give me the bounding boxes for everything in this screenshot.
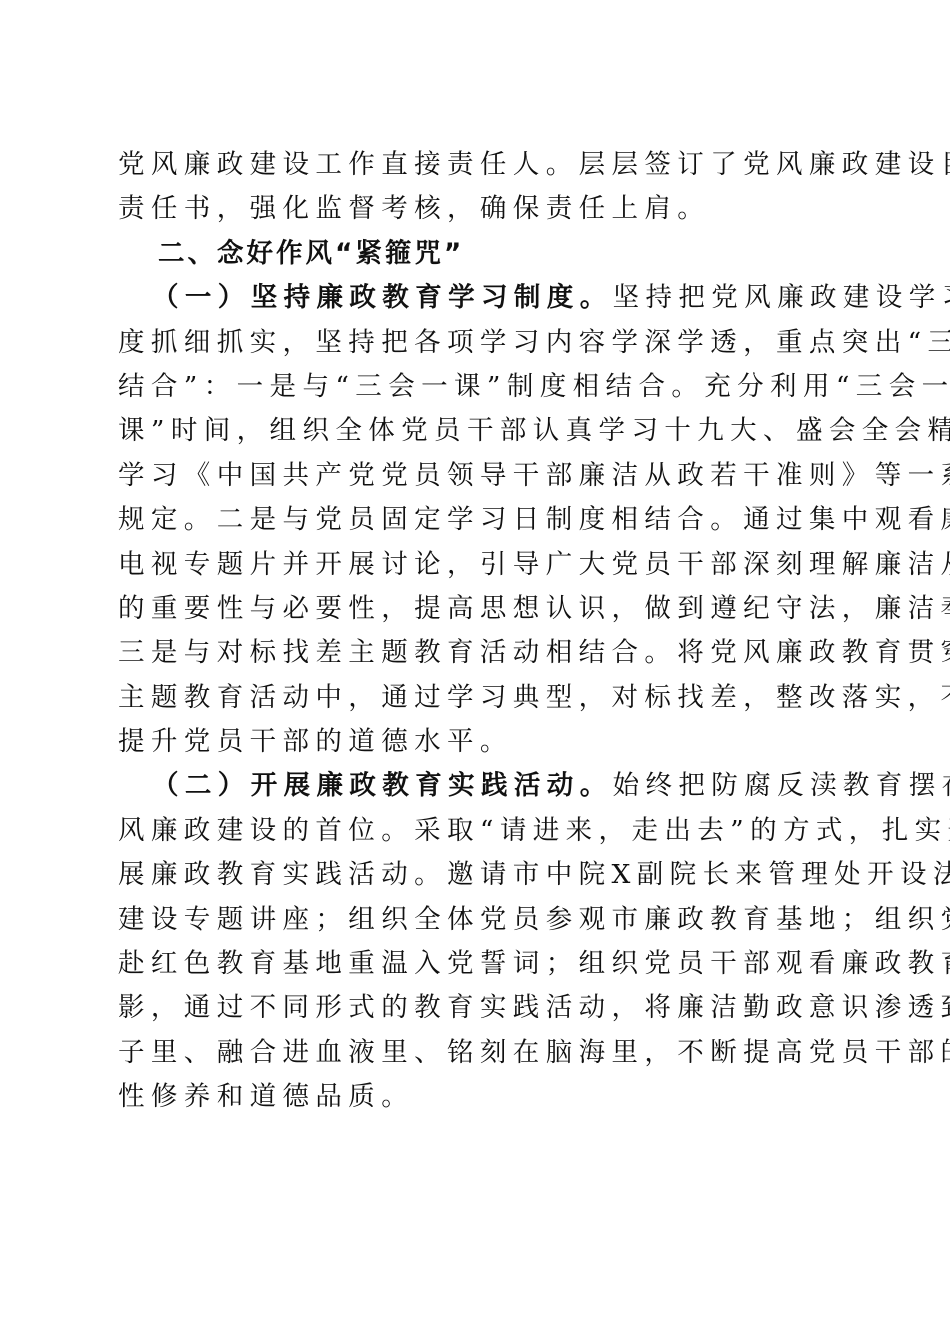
body-line: 子里、融合进血液里、铭刻在脑海里，不断提高党员干部的党 — [118, 1031, 853, 1075]
body-line: 提升党员干部的道德水平。 — [118, 720, 853, 764]
paragraph-first-line: （一）坚持廉政教育学习制度。坚持把党风廉政建设学习制 — [118, 276, 853, 320]
document-page: 党风廉政建设工作直接责任人。层层签订了党风廉政建设目标 责任书，强化监督考核，确… — [0, 0, 950, 1344]
paragraph-practice-activities: （二）开展廉政教育实践活动。始终把防腐反渎教育摆在党 风廉政建设的首位。采取“请… — [118, 764, 853, 1119]
body-line: 课”时间，组织全体党员干部认真学习十九大、盛会全会精神， — [118, 409, 853, 453]
body-line: 赴红色教育基地重温入党誓词；组织党员干部观看廉政教育电 — [118, 942, 853, 986]
paragraph-text: 坚持把党风廉政建设学习制 — [613, 282, 950, 313]
body-line: 结合”：一是与“三会一课”制度相结合。充分利用“三会一 — [118, 365, 853, 409]
body-line: 的重要性与必要性，提高思想认识，做到遵纪守法，廉洁奉公。 — [118, 587, 853, 631]
body-line: 影，通过不同形式的教育实践活动，将廉洁勤政意识渗透到骨 — [118, 986, 853, 1030]
body-line: 电视专题片并开展讨论，引导广大党员干部深刻理解廉洁从政 — [118, 543, 853, 587]
body-line: 性修养和道德品质。 — [118, 1075, 853, 1119]
body-line: 建设专题讲座；组织全体党员参观市廉政教育基地；组织党员 — [118, 898, 853, 942]
body-line: 风廉政建设的首位。采取“请进来，走出去”的方式，扎实开 — [118, 809, 853, 853]
body-line: 三是与对标找差主题教育活动相结合。将党风廉政教育贯穿于 — [118, 631, 853, 675]
paragraph-text: 始终把防腐反渎教育摆在党 — [613, 770, 950, 801]
document-body: 党风廉政建设工作直接责任人。层层签订了党风廉政建设目标 责任书，强化监督考核，确… — [118, 143, 853, 1120]
body-line: 度抓细抓实，坚持把各项学习内容学深学透，重点突出“三个 — [118, 321, 853, 365]
section-heading: 二、念好作风“紧箍咒” — [118, 232, 853, 276]
body-line: 党风廉政建设工作直接责任人。层层签订了党风廉政建设目标 — [118, 143, 853, 187]
body-line: 规定。二是与党员固定学习日制度相结合。通过集中观看廉政 — [118, 498, 853, 542]
paragraph-first-line: （二）开展廉政教育实践活动。始终把防腐反渎教育摆在党 — [118, 764, 853, 808]
paragraph-lead: （二）开展廉政教育实践活动。 — [152, 770, 613, 801]
body-line: 主题教育活动中，通过学习典型，对标找差，整改落实，不断 — [118, 676, 853, 720]
paragraph-lead: （一）坚持廉政教育学习制度。 — [152, 282, 613, 313]
paragraph-study-system: （一）坚持廉政教育学习制度。坚持把党风廉政建设学习制 度抓细抓实，坚持把各项学习… — [118, 276, 853, 764]
body-line: 展廉政教育实践活动。邀请市中院X副院长来管理处开设法治 — [118, 853, 853, 897]
body-line: 学习《中国共产党党员领导干部廉洁从政若干准则》等一系列 — [118, 454, 853, 498]
body-line: 责任书，强化监督考核，确保责任上肩。 — [118, 187, 853, 231]
